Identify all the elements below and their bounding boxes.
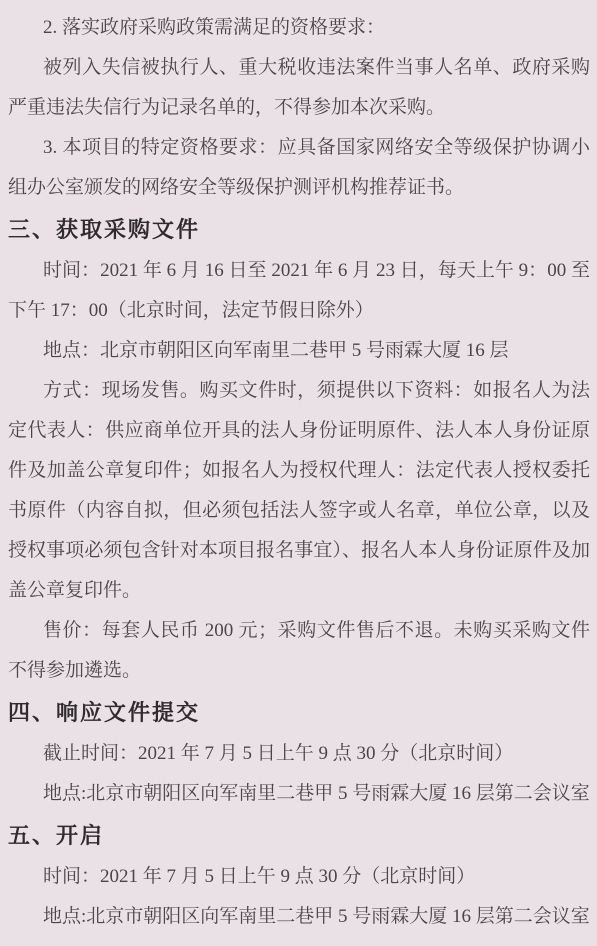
section-heading: 三、获取采购文件: [8, 208, 590, 251]
paragraph: 时间：2021 年 6 月 16 日至 2021 年 6 月 23 日，每天上午…: [8, 251, 590, 331]
paragraph: 2. 落实政府采购政策需满足的资格要求：: [8, 8, 590, 48]
document-viewport: { "page": { "background_color": "#e9e1e6…: [0, 0, 597, 946]
paragraph: 地点:北京市朝阳区向军南里二巷甲 5 号雨霖大厦 16 层第二会议室: [8, 897, 590, 937]
section-heading: 五、开启: [8, 814, 590, 857]
paragraph: 时间：2021 年 7 月 5 日上午 9 点 30 分（北京时间）: [8, 857, 590, 897]
procurement-notice-document: 2. 落实政府采购政策需满足的资格要求：被列入失信被执行人、重大税收违法案件当事…: [0, 0, 597, 946]
paragraph: 售价：每套人民币 200 元；采购文件售后不退。未购买采购文件不得参加遴选。: [8, 611, 590, 691]
document-body: 2. 落实政府采购政策需满足的资格要求：被列入失信被执行人、重大税收违法案件当事…: [8, 8, 590, 937]
paragraph: 被列入失信被执行人、重大税收违法案件当事人名单、政府采购严重违法失信行为记录名单…: [8, 48, 590, 128]
paragraph: 地点：北京市朝阳区向军南里二巷甲 5 号雨霖大厦 16 层: [8, 331, 590, 371]
paragraph: 方式：现场发售。购买文件时，须提供以下资料：如报名人为法定代表人：供应商单位开具…: [8, 371, 590, 611]
paragraph: 截止时间：2021 年 7 月 5 日上午 9 点 30 分（北京时间）: [8, 734, 590, 774]
section-heading: 四、响应文件提交: [8, 691, 590, 734]
paragraph: 3. 本项目的特定资格要求：应具备国家网络安全等级保护协调小组办公室颁发的网络安…: [8, 128, 590, 208]
paragraph: 地点:北京市朝阳区向军南里二巷甲 5 号雨霖大厦 16 层第二会议室: [8, 774, 590, 814]
